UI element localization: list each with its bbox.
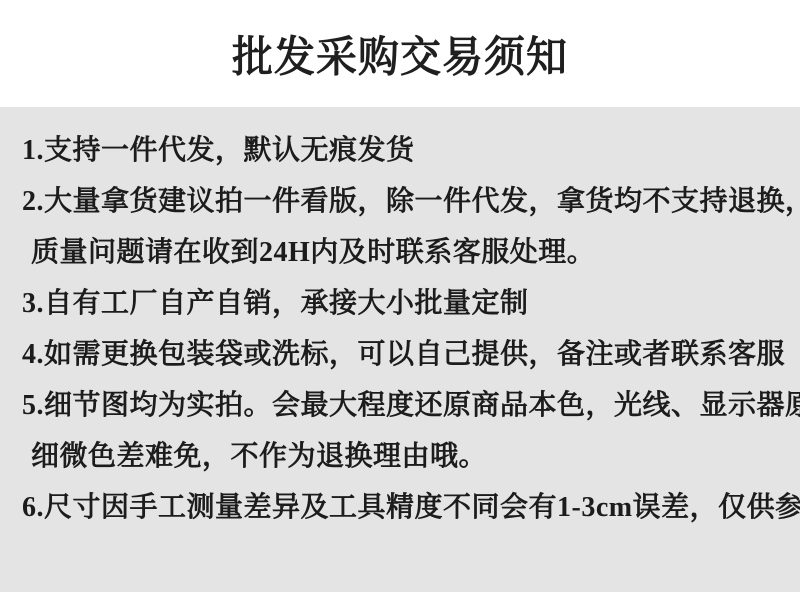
notice-item-5-line-1: 5.细节图均为实拍。会最大程度还原商品本色，光线、显示器原因 bbox=[0, 380, 800, 431]
notice-item-5-line-2: 细微色差难免，不作为退换理由哦。 bbox=[0, 431, 800, 482]
notice-item-2-line-2: 质量问题请在收到24H内及时联系客服处理。 bbox=[0, 227, 800, 278]
notice-header: 批发采购交易须知 bbox=[0, 0, 800, 107]
notice-item-1: 1.支持一件代发，默认无痕发货 bbox=[0, 125, 800, 176]
notice-item-2-line-1: 2.大量拿货建议拍一件看版，除一件代发，拿货均不支持退换， bbox=[0, 176, 800, 227]
notice-body: 1.支持一件代发，默认无痕发货 2.大量拿货建议拍一件看版，除一件代发，拿货均不… bbox=[0, 107, 800, 592]
notice-page: 批发采购交易须知 1.支持一件代发，默认无痕发货 2.大量拿货建议拍一件看版，除… bbox=[0, 0, 800, 592]
notice-item-6: 6.尺寸因手工测量差异及工具精度不同会有1-3cm误差，仅供参考 bbox=[0, 482, 800, 533]
notice-item-4: 4.如需更换包装袋或洗标，可以自己提供，备注或者联系客服 bbox=[0, 329, 800, 380]
notice-item-3: 3.自有工厂自产自销，承接大小批量定制 bbox=[0, 278, 800, 329]
page-title: 批发采购交易须知 bbox=[232, 23, 568, 84]
